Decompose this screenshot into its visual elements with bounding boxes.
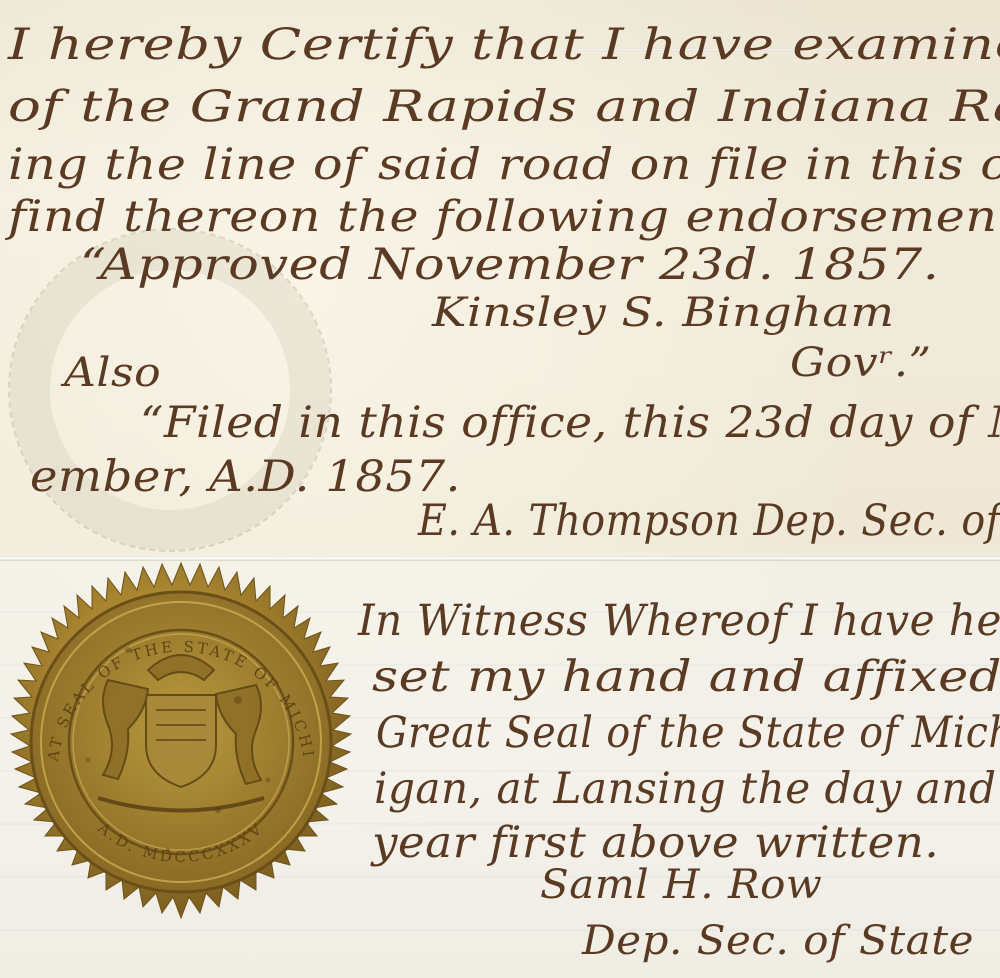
attestation-line-1: In Witness Whereof I have hereunto bbox=[358, 596, 1000, 646]
attestation-line-2: set my hand and affixed the bbox=[372, 652, 1000, 702]
filed-line-2: ember, A.D. 1857. bbox=[30, 452, 461, 502]
certification-line-4: find thereon the following endorsements.… bbox=[8, 192, 1000, 242]
filed-line-1: “Filed in this office, this 23d day of N… bbox=[140, 398, 1000, 448]
deputy-secretary-signature-row: Saml H. Row bbox=[540, 862, 822, 908]
attestation-line-4: igan, at Lansing the day and bbox=[374, 764, 996, 814]
certification-line-1: I hereby Certify that I have examined th… bbox=[8, 20, 1000, 70]
michigan-great-seal-icon: GREAT SEAL OF THE STATE OF MICHIGAN A.D.… bbox=[0, 560, 364, 946]
governor-title: Govʳ.” bbox=[790, 340, 932, 386]
also-label: Also bbox=[64, 350, 161, 396]
approved-date-line: “Approved November 23d. 1857. bbox=[80, 240, 939, 290]
certification-line-3: ing the line of said road on file in thi… bbox=[8, 140, 1000, 190]
governor-signature: Kinsley S. Bingham bbox=[432, 290, 895, 336]
attestation-line-3: Great Seal of the State of Mich- bbox=[376, 708, 1000, 758]
attestation-line-5: year first above written. bbox=[372, 818, 939, 868]
deputy-secretary-title: Dep. Sec. of State bbox=[582, 918, 974, 964]
certification-line-2: of the Grand Rapids and Indiana Railroad… bbox=[8, 82, 1000, 132]
deputy-secretary-signature-thompson: E. A. Thompson Dep. Sec. of State” bbox=[418, 496, 1000, 546]
